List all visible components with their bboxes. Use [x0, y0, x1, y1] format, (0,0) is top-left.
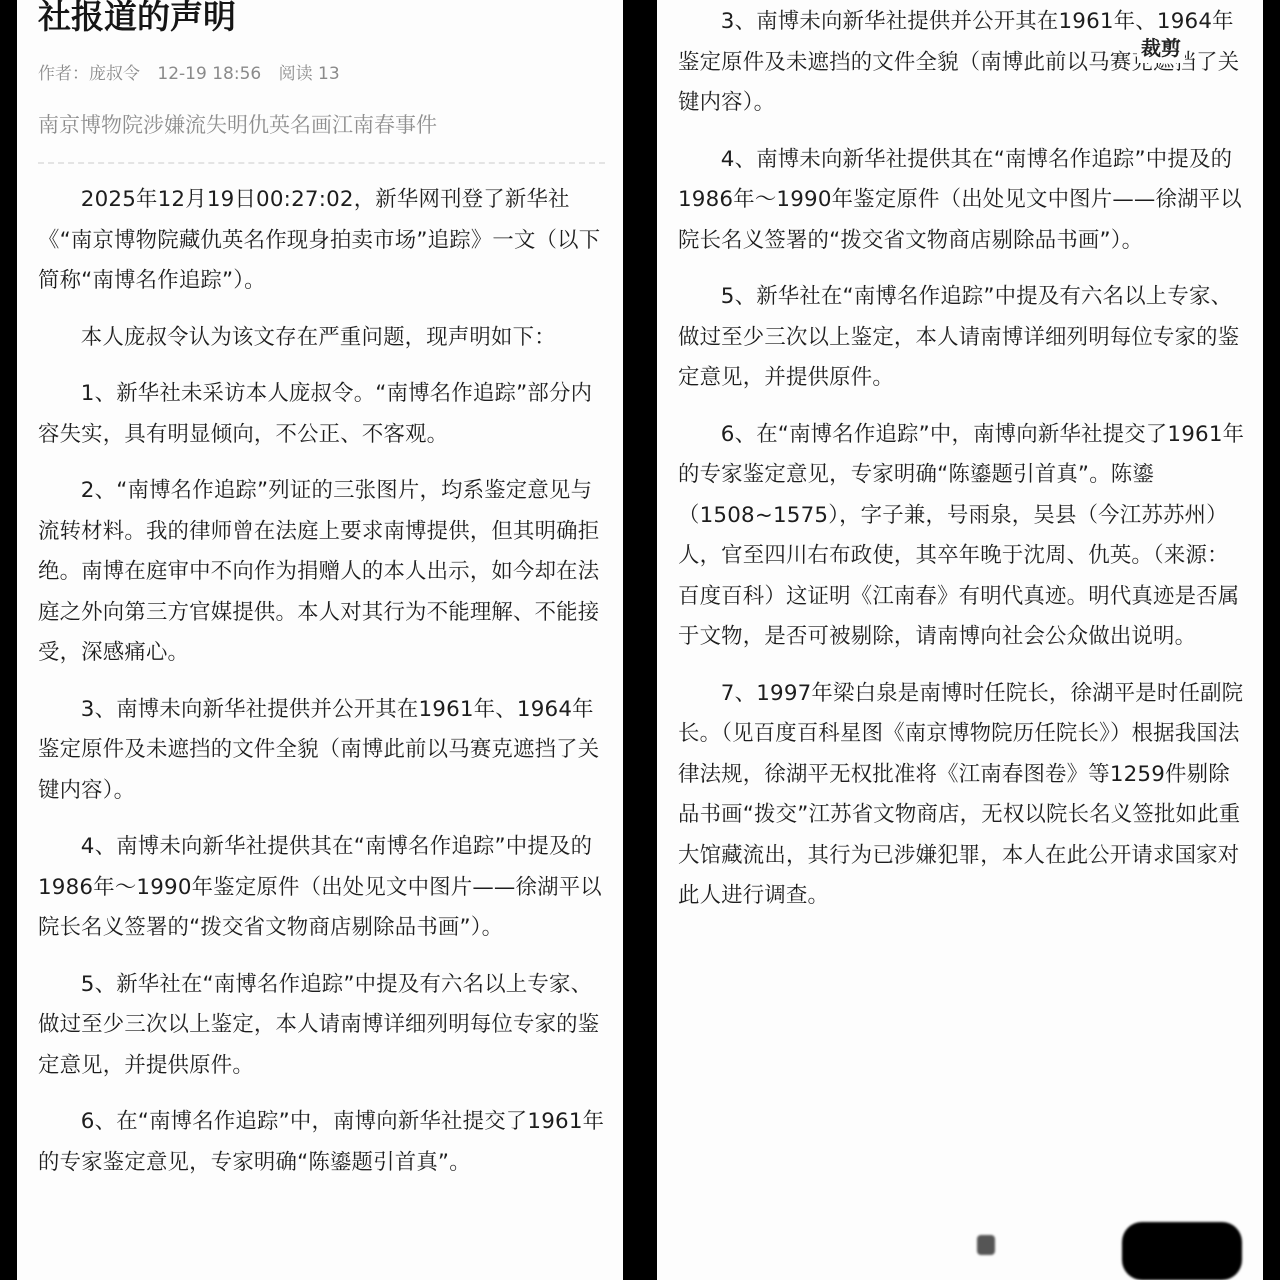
- crop-label[interactable]: 裁剪: [1137, 30, 1185, 63]
- paragraph: 2025年12月19日00:27:02，新华网刊登了新华社《“南京博物院藏仇英名…: [38, 180, 605, 302]
- paragraph: 2、“南博名作追踪”列证的三张图片，均系鉴定意见与流转材料。我的律师曾在法庭上要…: [38, 471, 605, 674]
- article-subtitle: 南京博物院涉嫌流失明仇英名画江南春事件: [38, 110, 605, 140]
- paragraph: 本人庞叔令认为该文存在严重问题，现声明如下：: [38, 318, 605, 359]
- paragraph: 4、南博未向新华社提供其在“南博名作追踪”中提及的1986年～1990年鉴定原件…: [38, 827, 605, 949]
- paragraph: 3、南博未向新华社提供并公开其在1961年、1964年鉴定原件及未遮挡的文件全貌…: [38, 690, 605, 812]
- redaction-mark: [977, 1235, 995, 1255]
- right-screenshot-panel: 3、南博未向新华社提供并公开其在1961年、1964年鉴定原件及未遮挡的文件全貌…: [657, 0, 1263, 1280]
- paragraph: 4、南博未向新华社提供其在“南博名作追踪”中提及的1986年～1990年鉴定原件…: [678, 140, 1245, 262]
- left-screenshot-panel: 社报道的声明 作者：庞叔令 12-19 18:56 阅读 13 南京博物院涉嫌流…: [17, 0, 623, 1280]
- publish-time: 12-19 18:56: [157, 64, 261, 84]
- paragraph: 5、新华社在“南博名作追踪”中提及有六名以上专家、做过至少三次以上鉴定，本人请南…: [678, 277, 1245, 399]
- paragraph: 6、在“南博名作追踪”中，南博向新华社提交了1961年的专家鉴定意见，专家明确“…: [38, 1102, 605, 1183]
- redaction-blob: [1122, 1222, 1242, 1280]
- paragraph: 7、1997年梁白泉是南博时任院长，徐湖平是时任副院长。（见百度百科星图《南京博…: [678, 674, 1245, 917]
- author[interactable]: 作者：庞叔令: [38, 64, 140, 84]
- article-meta: 作者：庞叔令 12-19 18:56 阅读 13: [38, 62, 605, 86]
- article-title: 社报道的声明: [38, 0, 605, 42]
- article-body: 2025年12月19日00:27:02，新华网刊登了新华社《“南京博物院藏仇英名…: [38, 180, 605, 1183]
- paragraph: 5、新华社在“南博名作追踪”中提及有六名以上专家、做过至少三次以上鉴定，本人请南…: [38, 965, 605, 1087]
- read-count: 阅读 13: [279, 64, 340, 84]
- paragraph: 1、新华社未采访本人庞叔令。“南博名作追踪”部分内容失实，具有明显倾向，不公正、…: [38, 374, 605, 455]
- dashed-divider: [38, 162, 605, 164]
- paragraph: 6、在“南博名作追踪”中，南博向新华社提交了1961年的专家鉴定意见，专家明确“…: [678, 415, 1245, 658]
